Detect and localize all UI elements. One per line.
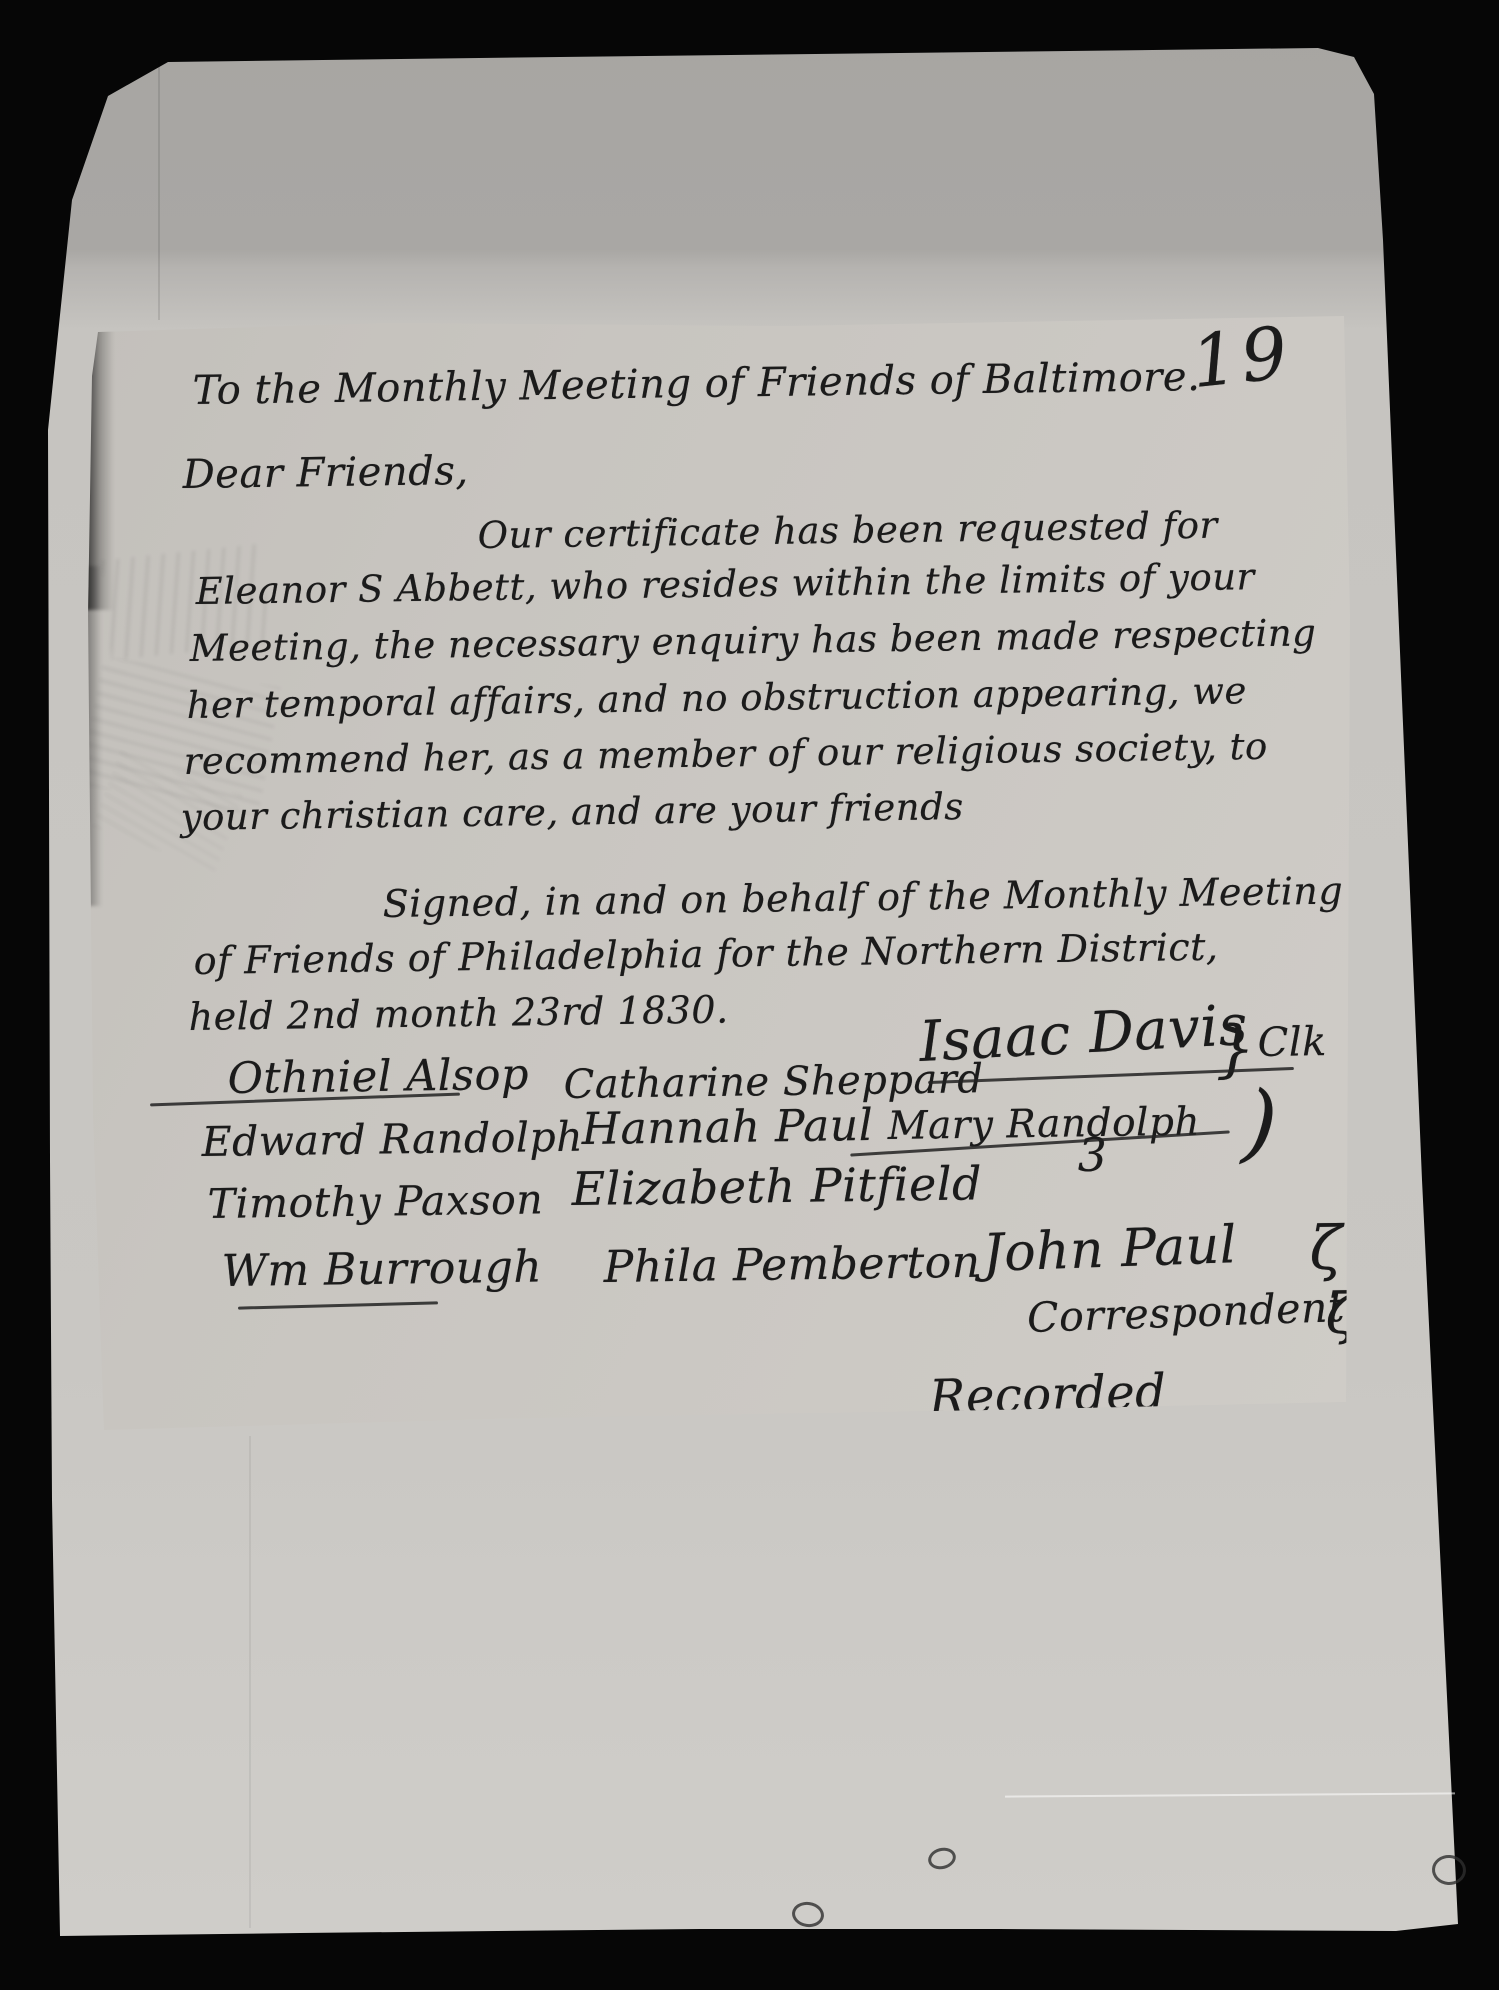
signature-john-paul: John Paul [982,1215,1238,1284]
closing-line-2: of Friends of Philadelphia for the North… [193,925,1218,983]
closing-line-1: Signed, in and on behalf of the Monthly … [382,869,1343,926]
signature-wm-burrough: Wm Burrough [221,1242,542,1297]
squiggle-flourish: ζ [1309,1214,1343,1284]
address-line: To the Monthly Meeting of Friends of Bal… [192,354,1200,414]
body-line-4: her temporal affairs, and no obstruction… [186,669,1247,727]
three-flourish: 3 [1077,1128,1108,1182]
salutation: Dear Friends, [182,448,468,498]
signature-phila-pemberton: Phila Pemberton [603,1237,981,1293]
body-line-2: Eleanor S Abbett, who resides within the… [195,555,1255,613]
closing-line-3: held 2nd month 23rd 1830. [188,987,729,1039]
underline-flourish [238,1301,438,1309]
body-line-1: Our certificate has been requested for [477,504,1218,557]
signature-elizabeth-pitfield: Elizabeth Pitfield [571,1156,982,1216]
body-line-6: your christian care, and are your friend… [180,785,964,839]
paren-flourish: ) [1240,1072,1281,1174]
fold-crease-bottom [249,1436,251,1928]
letter-page: 19 To the Monthly Meeting of Friends of … [88,316,1350,1434]
scanned-document: 19 To the Monthly Meeting of Friends of … [0,0,1499,1990]
clerk-label: Clk [1257,1019,1327,1066]
body-line-5: recommend her, as a member of our religi… [183,725,1268,783]
page-number: 19 [1187,310,1295,404]
signature-edward-randolph: Edward Randolph [201,1113,583,1166]
signature-timothy-paxson: Timothy Paxson [207,1175,543,1228]
signature-isaac-davis: Isaac Davis [918,993,1250,1075]
correspondent-label: Correspondent [1026,1283,1345,1342]
fold-crease-top [158,60,160,320]
signature-hannah-paul: Hannah Paul [581,1100,873,1155]
body-line-3: Meeting, the necessary enquiry has been … [189,611,1316,670]
